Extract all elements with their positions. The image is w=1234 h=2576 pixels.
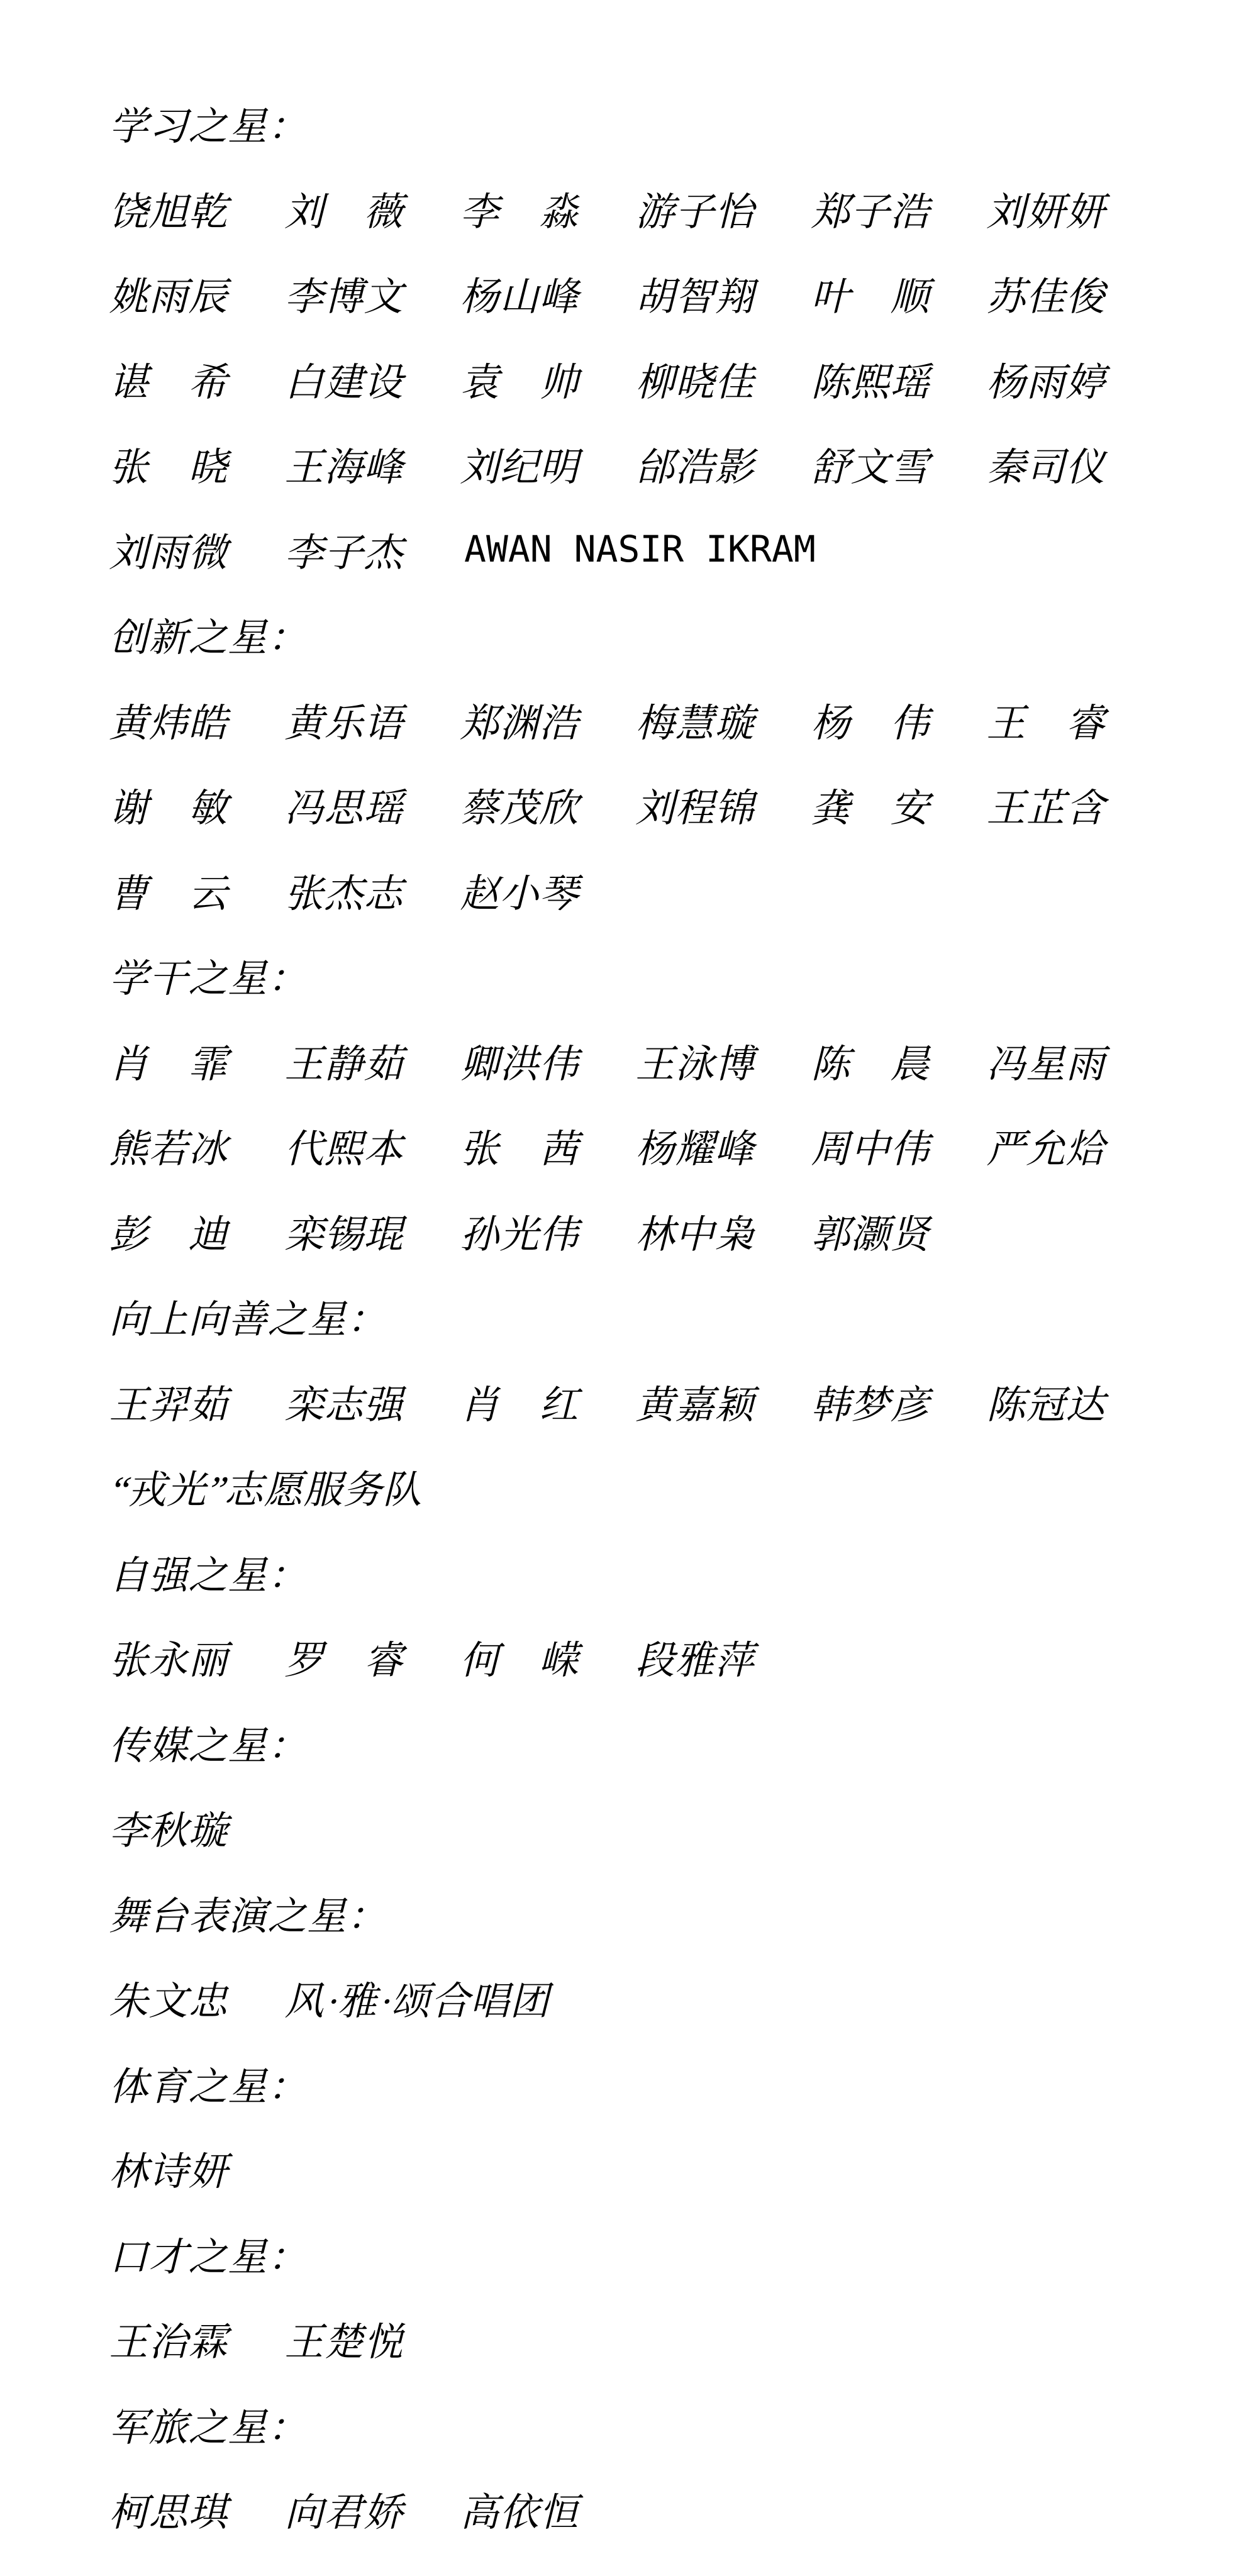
section-title-line: 传媒之星： [113, 1700, 1196, 1785]
names-line: 李秋璇 [113, 1785, 1196, 1870]
person-name: 冯思瑶 [282, 777, 414, 833]
section-title: 创新之星： [106, 606, 318, 662]
person-name: 李博文 [282, 265, 414, 321]
person-name: 郑渊浩 [457, 692, 590, 748]
person-name: 姚雨辰 [106, 265, 239, 321]
group-name: 风·雅·颂合唱团 [282, 1970, 560, 2026]
names-line: 王羿茹栾志强肖 红黄嘉颖韩梦彦陈冠达 [113, 1359, 1196, 1445]
person-name: 向君娇 [282, 2481, 414, 2537]
person-name: 王羿茹 [106, 1374, 239, 1430]
person-name: 韩梦彦 [808, 1374, 941, 1430]
names-line: 熊若冰代熙本张 茜杨耀峰周中伟严允烚 [113, 1103, 1196, 1189]
names-line: 朱文忠风·雅·颂合唱团 [113, 1955, 1196, 2041]
person-name: 王 睿 [984, 692, 1116, 748]
person-name: 梅慧璇 [633, 692, 765, 748]
person-name: 陈 晨 [808, 1033, 941, 1089]
section-title-line: 体育之星： [113, 2041, 1196, 2126]
person-name: 王治霖 [106, 2311, 239, 2367]
names-line: 彭 迪栾锡琨孙光伟林中枭郭灏贤 [113, 1189, 1196, 1274]
person-name: 秦司仪 [984, 436, 1116, 492]
section-title-line: 学干之星： [113, 933, 1196, 1018]
person-name: 李 淼 [457, 180, 590, 236]
person-name: 蔡茂欣 [457, 777, 590, 833]
document-page: 学习之星：饶旭乾刘 薇李 淼游子怡郑子浩刘妍妍姚雨辰李博文杨山峰胡智翔叶 顺苏佳… [0, 0, 1234, 2576]
person-name: 陈冠达 [984, 1374, 1116, 1430]
section-title: 传媒之星： [106, 1714, 318, 1770]
person-name: 张 晓 [106, 436, 239, 492]
section-title: 向上向善之星： [106, 1288, 397, 1344]
person-name: 郑子浩 [808, 180, 941, 236]
person-name: 赵小琴 [457, 862, 590, 918]
person-name: 彭 迪 [106, 1203, 239, 1259]
names-line: 林诗妍 [113, 2126, 1196, 2211]
person-name: 邰浩影 [633, 436, 765, 492]
person-name: 张 茜 [457, 1118, 590, 1174]
person-name: 杨山峰 [457, 265, 590, 321]
section-title: 舞台表演之星： [106, 1885, 397, 1941]
person-name-latin: AWAN NASIR IKRAM [464, 528, 816, 570]
person-name: 罗 睿 [282, 1629, 414, 1685]
person-name: 王芷含 [984, 777, 1116, 833]
person-name: 刘 薇 [282, 180, 414, 236]
person-name: 杨 伟 [808, 692, 941, 748]
person-name: 王海峰 [282, 436, 414, 492]
section-title-line: 口才之星： [113, 2211, 1196, 2297]
person-name: 杨雨婷 [984, 351, 1116, 407]
person-name: 代熙本 [282, 1118, 414, 1174]
person-name: 刘雨微 [106, 521, 239, 577]
names-line: 刘雨微李子杰AWAN NASIR IKRAM [113, 507, 1196, 592]
names-line: 姚雨辰李博文杨山峰胡智翔叶 顺苏佳俊 [113, 251, 1196, 336]
person-name: 苏佳俊 [984, 265, 1116, 321]
names-line: 谢 敏冯思瑶蔡茂欣刘程锦龚 安王芷含 [113, 762, 1196, 848]
person-name: 谌 希 [106, 351, 239, 407]
person-name: 刘程锦 [633, 777, 765, 833]
person-name: 栾志强 [282, 1374, 414, 1430]
person-name: 胡智翔 [633, 265, 765, 321]
person-name: 饶旭乾 [106, 180, 239, 236]
document-content: 学习之星：饶旭乾刘 薇李 淼游子怡郑子浩刘妍妍姚雨辰李博文杨山峰胡智翔叶 顺苏佳… [113, 80, 1196, 2552]
person-name: 冯星雨 [984, 1033, 1116, 1089]
person-name: 严允烚 [984, 1118, 1116, 1174]
person-name: 肖 霏 [106, 1033, 239, 1089]
person-name: 白建设 [282, 351, 414, 407]
person-name: 杨耀峰 [633, 1118, 765, 1174]
person-name: 陈熙瑶 [808, 351, 941, 407]
person-name: 卿洪伟 [457, 1033, 590, 1089]
person-name: 游子怡 [633, 180, 765, 236]
names-line: 肖 霏王静茹卿洪伟王泳博陈 晨冯星雨 [113, 1018, 1196, 1104]
person-name: 郭灏贤 [808, 1203, 941, 1259]
names-line: 饶旭乾刘 薇李 淼游子怡郑子浩刘妍妍 [113, 166, 1196, 252]
person-name: 段雅萍 [633, 1629, 765, 1685]
names-line: 王治霖王楚悦 [113, 2296, 1196, 2382]
names-line: “戎光”志愿服务队 [113, 1444, 1196, 1529]
section-title-line: 创新之星： [113, 592, 1196, 677]
person-name: 林中枭 [633, 1203, 765, 1259]
section-title: 学习之星： [106, 95, 318, 151]
person-name: 周中伟 [808, 1118, 941, 1174]
person-name: 朱文忠 [106, 1970, 239, 2026]
section-title: 自强之星： [106, 1544, 318, 1600]
person-name: 林诗妍 [106, 2140, 239, 2196]
section-title: 体育之星： [106, 2055, 318, 2111]
person-name: 肖 红 [457, 1374, 590, 1430]
section-title-line: 向上向善之星： [113, 1274, 1196, 1359]
person-name: 柳晓佳 [633, 351, 765, 407]
person-name: 何 嵘 [457, 1629, 590, 1685]
person-name: 黄嘉颖 [633, 1374, 765, 1430]
person-name: 王楚悦 [282, 2311, 414, 2367]
person-name: 柯思琪 [106, 2481, 239, 2537]
person-name: 栾锡琨 [282, 1203, 414, 1259]
person-name: 刘纪明 [457, 436, 590, 492]
section-title-line: 舞台表演之星： [113, 1870, 1196, 1956]
section-title: 军旅之星： [106, 2396, 318, 2452]
names-line: 柯思琪向君娇高依恒 [113, 2467, 1196, 2552]
person-name: 曹 云 [106, 862, 239, 918]
person-name: 黄乐语 [282, 692, 414, 748]
person-name: 王静茹 [282, 1033, 414, 1089]
person-name: 李秋璇 [106, 1799, 239, 1855]
person-name: 王泳博 [633, 1033, 765, 1089]
person-name: 刘妍妍 [984, 180, 1116, 236]
names-line: 曹 云张杰志赵小琴 [113, 848, 1196, 933]
person-name: 叶 顺 [808, 265, 941, 321]
person-name: 龚 安 [808, 777, 941, 833]
section-title-line: 学习之星： [113, 80, 1196, 166]
names-line: 张永丽罗 睿何 嵘段雅萍 [113, 1614, 1196, 1700]
person-name: 张永丽 [106, 1629, 239, 1685]
person-name: 舒文雪 [808, 436, 941, 492]
person-name: 袁 帅 [457, 351, 590, 407]
section-title: 口才之星： [106, 2226, 318, 2282]
names-line: 张 晓王海峰刘纪明邰浩影舒文雪秦司仪 [113, 421, 1196, 507]
person-name: 张杰志 [282, 862, 414, 918]
section-title-line: 军旅之星： [113, 2382, 1196, 2467]
person-name: 黄炜皓 [106, 692, 239, 748]
person-name: 谢 敏 [106, 777, 239, 833]
person-name: 熊若冰 [106, 1118, 239, 1174]
names-line: 谌 希白建设袁 帅柳晓佳陈熙瑶杨雨婷 [113, 336, 1196, 422]
person-name: 高依恒 [457, 2481, 590, 2537]
person-name: 孙光伟 [457, 1203, 590, 1259]
names-line: 黄炜皓黄乐语郑渊浩梅慧璇杨 伟王 睿 [113, 677, 1196, 763]
section-title-line: 自强之星： [113, 1529, 1196, 1615]
person-name: 李子杰 [282, 521, 414, 577]
group-name: “戎光”志愿服务队 [106, 1458, 433, 1514]
section-title: 学干之星： [106, 947, 318, 1003]
